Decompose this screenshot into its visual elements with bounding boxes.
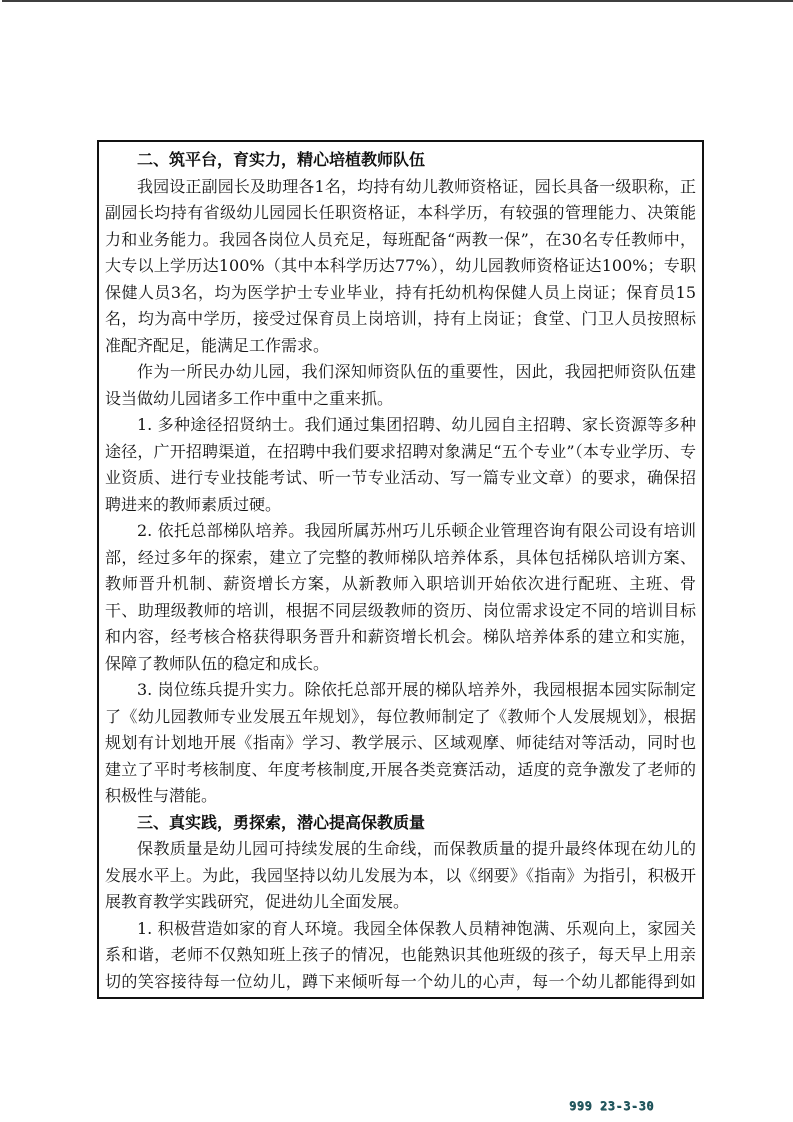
paragraph-homelike-environment: 1. 积极营造如家的育人环境。我园全体保教人员精神饱满、乐观向上，家园关系和谐，… [105,916,696,1000]
document-table-cell: 二、筑平台，育实力，精心培植教师队伍 我园设正副园长及助理各1名，均持有幼儿教师… [97,140,704,999]
screenshot-top-edge [2,0,793,2]
paragraph-hq-training-ladder: 2. 依托总部梯队培养。我园所属苏州巧儿乐顿企业管理咨询有限公司设有培训部，经过… [105,518,696,677]
timestamp-watermark: 999 23-3-30 [569,1099,654,1113]
section-heading-3: 三、真实践，勇探索，潜心提高保教质量 [105,810,696,837]
paragraph-private-kindergarten: 作为一所民办幼儿园，我们深知师资队伍的重要性，因此，我园把师资队伍建设当做幼儿园… [105,359,696,412]
paragraph-on-the-job-drill: 3. 岗位练兵提升实力。除依托总部开展的梯队培养外，我园根据本园实际制定了《幼儿… [105,677,696,810]
paragraph-staffing-overview: 我园设正副园长及助理各1名，均持有幼儿教师资格证，园长具备一级职称，正副园长均持… [105,174,696,360]
document-page: 二、筑平台，育实力，精心培植教师队伍 我园设正副园长及助理各1名，均持有幼儿教师… [0,0,793,1122]
paragraph-care-quality: 保教质量是幼儿园可持续发展的生命线，而保教质量的提升最终体现在幼儿的发展水平上。… [105,836,696,916]
section-heading-2: 二、筑平台，育实力，精心培植教师队伍 [105,147,696,174]
paragraph-recruitment: 1. 多种途径招贤纳士。我们通过集团招聘、幼儿园自主招聘、家长资源等多种途径，广… [105,412,696,518]
